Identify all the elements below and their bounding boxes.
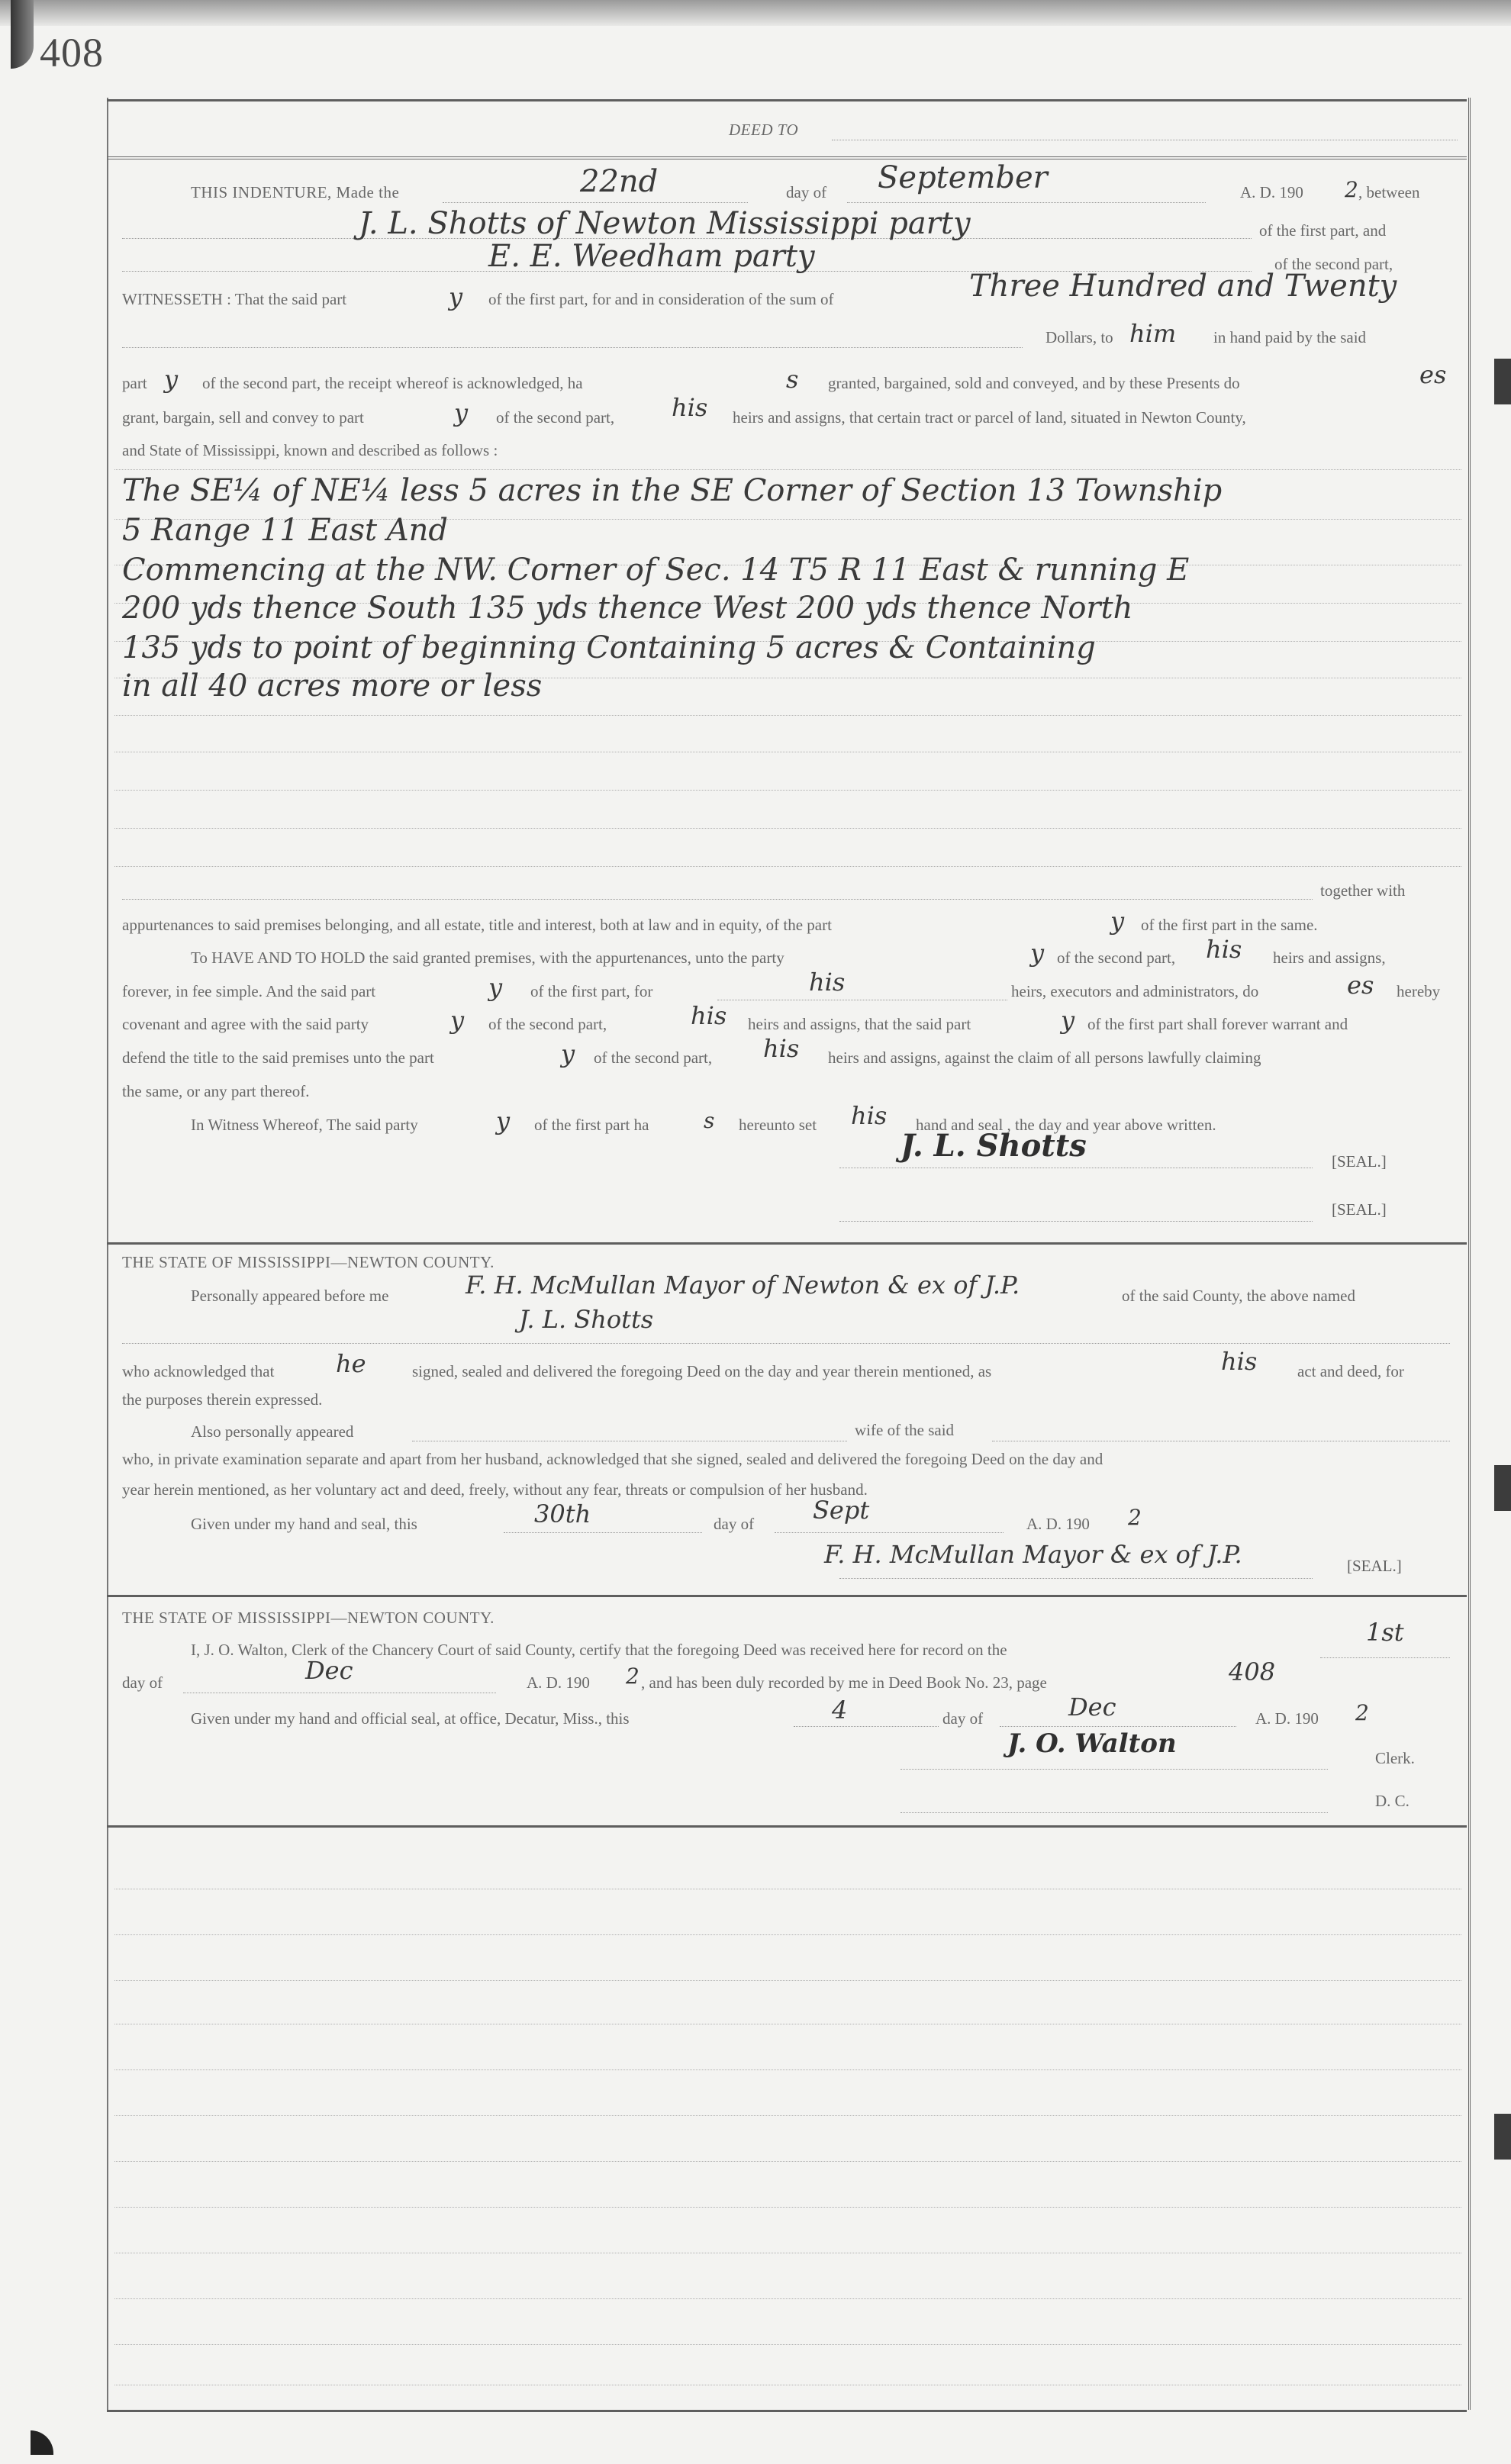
- defend-his-fill: his: [763, 1034, 799, 1063]
- cert-line2-a: day of: [122, 1673, 163, 1693]
- description-line: in all 40 acres more or less: [122, 668, 542, 704]
- covenant-a: covenant and agree with the said party: [122, 1015, 369, 1034]
- appurtenances-b: of the first part in the same.: [1141, 916, 1318, 935]
- ack-given-month: Sept: [813, 1496, 869, 1525]
- ack-given-month-line: [775, 1532, 1004, 1533]
- indenture-month-fill: [847, 202, 1206, 203]
- have-hold-c: heirs and assigns,: [1273, 949, 1386, 968]
- cert-received-year-suffix: 2: [626, 1664, 640, 1689]
- cert-line2-c: , and has been duly recorded by me in De…: [641, 1673, 1047, 1693]
- ack-he-fill: he: [336, 1349, 366, 1378]
- cert-given-year-suffix: 2: [1355, 1700, 1369, 1725]
- ack-named-line: [122, 1343, 1450, 1344]
- grant-line-c: heirs and assigns, that certain tract or…: [733, 408, 1246, 427]
- clerk-label: Clerk.: [1375, 1749, 1415, 1768]
- defend-b: of the second part,: [594, 1048, 712, 1068]
- known-described-line: and State of Mississippi, known and desc…: [122, 441, 498, 460]
- witnesseth-party-fill: y: [449, 282, 462, 311]
- between-label: , between: [1358, 183, 1419, 202]
- forever-b: of the first part, for: [530, 982, 652, 1001]
- ruled-line: [114, 715, 1461, 716]
- appurtenances-party-fill: y: [1110, 907, 1124, 936]
- witness-his-fill: his: [851, 1101, 887, 1130]
- grantor-signature-line: [839, 1168, 1313, 1168]
- forever-his-fill: his: [809, 968, 845, 997]
- ack-year-suffix: 2: [1128, 1505, 1142, 1530]
- forever-d: hereby: [1397, 982, 1440, 1001]
- indenture-year-suffix: 2: [1345, 177, 1358, 202]
- covenant-party2-fill: y: [1061, 1006, 1074, 1035]
- cert-received-day: 1st: [1366, 1618, 1404, 1647]
- same-line: the same, or any part thereof.: [122, 1082, 309, 1101]
- bottom-rule: [107, 2410, 1467, 2412]
- ack-given-b: day of: [714, 1515, 754, 1534]
- ruled-line: [114, 2253, 1461, 2253]
- forever-c: heirs, executors and administrators, do: [1011, 982, 1258, 1001]
- also-appeared-b: wife of the said: [855, 1421, 954, 1440]
- cert-book-page: 408: [1229, 1657, 1275, 1686]
- also-appeared-fill: [412, 1441, 847, 1441]
- also-appeared-a: Also personally appeared: [191, 1422, 353, 1441]
- ack-who-b: signed, sealed and delivered the foregoi…: [412, 1362, 991, 1381]
- defend-a: defend the title to the said premises un…: [122, 1048, 434, 1068]
- covenant-his-fill: his: [691, 1001, 727, 1030]
- dollars-label: Dollars, to: [1045, 328, 1113, 347]
- grant-his-fill: his: [672, 393, 707, 422]
- have-hold-b: of the second part,: [1057, 949, 1175, 968]
- covenant-c: heirs and assigns, that the said part: [748, 1015, 971, 1034]
- covenant-party-fill: y: [450, 1006, 464, 1035]
- ruled-line: [114, 469, 1461, 470]
- description-line: Commencing at the NW. Corner of Sec. 14 …: [122, 552, 1189, 588]
- scan-corner-bottom: [31, 2430, 53, 2455]
- seal-label: [SEAL.]: [1332, 1200, 1387, 1219]
- indenture-month: September: [878, 160, 1048, 195]
- witness-a: In Witness Whereof, The said party: [191, 1116, 418, 1135]
- ruled-line: [114, 790, 1461, 791]
- ruled-line: [114, 1934, 1461, 1935]
- binder-tab-marker: [1494, 1465, 1511, 1511]
- dollars-to-fill: him: [1129, 319, 1176, 348]
- scan-corner-top: [11, 0, 34, 69]
- ack-who-c: act and deed, for: [1297, 1362, 1404, 1381]
- grant-party-fill: y: [454, 398, 468, 427]
- page-number: 408: [40, 29, 104, 76]
- ack-heading: THE STATE OF MISSISSIPPI—NEWTON COUNTY.: [122, 1253, 495, 1272]
- ruled-line: [114, 2161, 1461, 2162]
- appurtenances-a: appurtenances to said premises belonging…: [122, 916, 832, 935]
- second-signature-line: [839, 1221, 1313, 1222]
- ruled-line: [114, 2207, 1461, 2208]
- witness-c: hereunto set: [739, 1116, 817, 1135]
- forever-his-line: [717, 1000, 1007, 1000]
- indenture-intro: THIS INDENTURE, Made the: [191, 183, 399, 202]
- header-double-rule: [107, 156, 1467, 161]
- together-with-label: together with: [1320, 881, 1405, 900]
- cert-received-day-line: [1320, 1657, 1450, 1658]
- cert-line2-b: A. D. 190: [527, 1673, 590, 1693]
- witness-b: of the first part ha: [534, 1116, 649, 1135]
- have-hold-party-fill: y: [1030, 939, 1044, 968]
- receipt-line-b: of the second part, the receipt whereof …: [202, 374, 583, 393]
- ruled-line: [114, 2024, 1461, 2024]
- first-party-name: J. L. Shotts of Newton Mississippi party: [359, 206, 971, 241]
- cert-heading: THE STATE OF MISSISSIPPI—NEWTON COUNTY.: [122, 1609, 495, 1628]
- description-line: 200 yds thence South 135 yds thence West…: [122, 591, 1132, 626]
- ack-officer-signature: F. H. McMullan Mayor & ex of J.P.: [824, 1540, 1242, 1569]
- ruled-line: [114, 2344, 1461, 2345]
- clerk-signature-line: [900, 1769, 1328, 1770]
- scan-shadow-top: [0, 0, 1511, 26]
- cert-given-day: 4: [832, 1696, 847, 1725]
- receipt-has-fill: s: [786, 365, 798, 394]
- cert-line3-b: day of: [942, 1709, 983, 1728]
- forever-party-fill: y: [488, 973, 502, 1002]
- receipt-does-fill: es: [1419, 360, 1446, 389]
- voluntary-line: year herein mentioned, as her voluntary …: [122, 1480, 868, 1499]
- ruled-line: [114, 2115, 1461, 2116]
- ack-personally-a: Personally appeared before me: [191, 1287, 388, 1306]
- witnesseth-line1b: of the first part, for and in considerat…: [488, 290, 834, 309]
- seal-label: [SEAL.]: [1332, 1152, 1387, 1171]
- cert-line3-a: Given under my hand and official seal, a…: [191, 1709, 630, 1728]
- cert-line3-c: A. D. 190: [1255, 1709, 1319, 1728]
- witness-party-fill: y: [496, 1106, 510, 1135]
- description-line: The SE¼ of NE¼ less 5 acres in the SE Co…: [122, 473, 1222, 508]
- indenture-day: 22nd: [580, 164, 658, 199]
- ruled-line: [114, 828, 1461, 829]
- ack-signature-line: [839, 1578, 1313, 1579]
- wife-of-fill: [992, 1441, 1450, 1441]
- ack-who-a: who acknowledged that: [122, 1362, 274, 1381]
- first-party-label: of the first part, and: [1259, 221, 1386, 240]
- consideration-sum: Three Hundred and Twenty: [969, 269, 1397, 304]
- defend-c: heirs and assigns, against the claim of …: [828, 1048, 1261, 1068]
- ack-given-a: Given under my hand and seal, this: [191, 1515, 417, 1534]
- ruled-line: [114, 1980, 1461, 1981]
- ruled-line: [114, 2298, 1461, 2299]
- binder-tab-marker: [1494, 2114, 1511, 2160]
- ruled-line: [114, 2385, 1461, 2385]
- binder-tab-marker: [1494, 359, 1511, 404]
- receipt-line-a: part: [122, 374, 147, 393]
- ack-purposes: the purposes therein expressed.: [122, 1390, 322, 1409]
- ack-seal-label: [SEAL.]: [1347, 1557, 1402, 1576]
- grantor-signature: J. L. Shotts: [900, 1128, 1087, 1164]
- ruled-line: [114, 866, 1461, 867]
- private-exam-line: who, in private examination separate and…: [122, 1450, 1103, 1469]
- description-line: 135 yds to point of beginning Containing…: [122, 630, 1096, 665]
- defend-party-fill: y: [561, 1039, 575, 1068]
- section-divider: [107, 1595, 1467, 1597]
- have-hold-a: To HAVE AND TO HOLD the said granted pre…: [191, 949, 784, 968]
- deputy-clerk-line: [900, 1812, 1328, 1813]
- day-of-label: day of: [786, 183, 826, 202]
- description-line: 5 Range 11 East And: [122, 513, 448, 548]
- forever-a: forever, in fee simple. And the said par…: [122, 982, 375, 1001]
- ruled-line: [114, 1889, 1461, 1889]
- witnesseth-line1a: WITNESSETH : That the said part: [122, 290, 346, 309]
- ack-named-party: J. L. Shotts: [519, 1305, 653, 1334]
- cert-given-month-line: [1000, 1726, 1236, 1727]
- deed-to-fill: [832, 140, 1458, 140]
- ruled-line: [114, 2069, 1461, 2070]
- have-hold-his-fill: his: [1206, 935, 1242, 964]
- cert-given-day-line: [794, 1726, 939, 1727]
- cert-received-month: Dec: [305, 1656, 353, 1685]
- second-party-name: E. E. Weedham party: [488, 239, 815, 274]
- ack-officer: F. H. McMullan Mayor of Newton & ex of J…: [466, 1271, 1020, 1300]
- top-rule: [107, 99, 1467, 101]
- receipt-party-fill: y: [164, 365, 178, 394]
- section-divider: [107, 1825, 1467, 1828]
- indenture-day-fill: [443, 202, 748, 203]
- clerk-signature: J. O. Walton: [1007, 1728, 1177, 1759]
- cert-received-month-line: [183, 1693, 496, 1693]
- ack-personally-b: of the said County, the above named: [1122, 1287, 1355, 1306]
- witness-has-fill: s: [704, 1108, 714, 1133]
- ack-his-fill: his: [1221, 1347, 1257, 1376]
- ack-given-day: 30th: [534, 1499, 591, 1528]
- receipt-line-c: granted, bargained, sold and conveyed, a…: [828, 374, 1240, 393]
- deputy-clerk-label: D. C.: [1375, 1792, 1410, 1811]
- sum-continuation-fill: [122, 347, 1023, 348]
- forever-does-fill: es: [1347, 971, 1374, 1000]
- grant-line-b: of the second part,: [496, 408, 614, 427]
- indenture-year-prefix: A. D. 190: [1240, 183, 1303, 202]
- deed-to-heading: DEED TO: [729, 121, 798, 140]
- grant-line-a: grant, bargain, sell and convey to part: [122, 408, 364, 427]
- ruled-line: [114, 752, 1461, 752]
- ack-year-prefix: A. D. 190: [1026, 1515, 1090, 1534]
- together-fill: [122, 899, 1313, 900]
- dollars-line-end: in hand paid by the said: [1213, 328, 1366, 347]
- ack-given-day-line: [504, 1532, 702, 1533]
- cert-given-month: Dec: [1068, 1693, 1116, 1722]
- covenant-b: of the second part,: [488, 1015, 607, 1034]
- covenant-d: of the first part shall forever warrant …: [1087, 1015, 1348, 1034]
- section-divider: [107, 1242, 1467, 1245]
